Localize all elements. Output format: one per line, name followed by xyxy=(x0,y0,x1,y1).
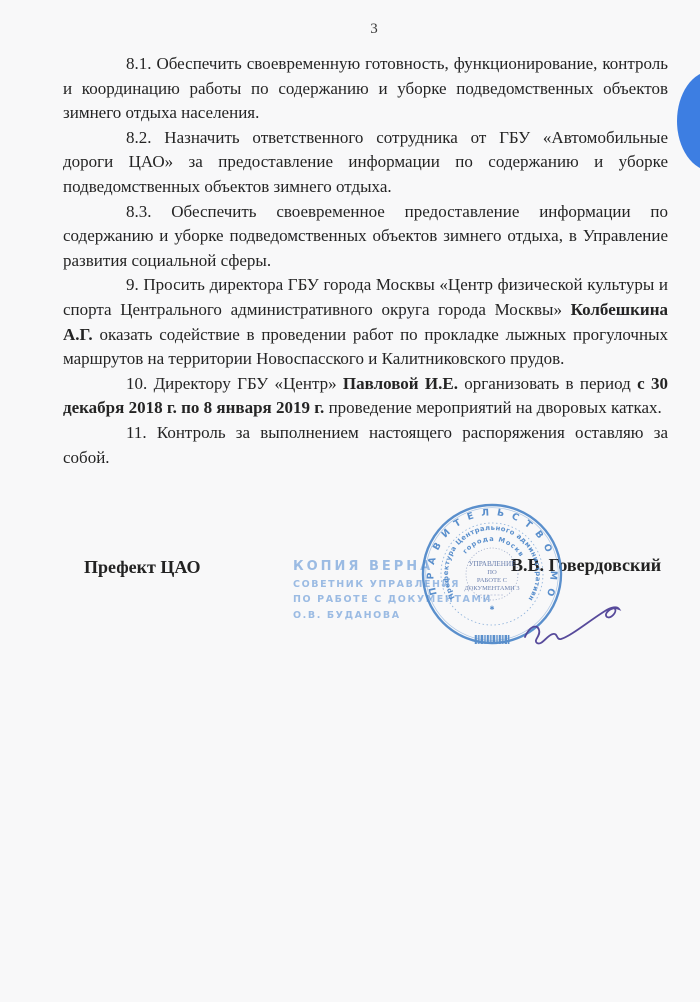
seal-center-line: УПРАВЛЕНИЕ xyxy=(468,560,516,568)
bold-run: Павловой И.Е. xyxy=(343,374,458,393)
seal-center-line: ПО xyxy=(487,569,497,576)
paragraph: 11. Контроль за выполнением настоящего р… xyxy=(63,421,668,470)
text-run: 8.1. Обеспечить своевременную готовность… xyxy=(63,54,668,122)
signature-stroke xyxy=(525,607,619,643)
seal-star: ✱ xyxy=(489,605,494,612)
blue-tab-marker xyxy=(677,71,700,171)
document-paragraphs: 8.1. Обеспечить своевременную готовность… xyxy=(63,52,668,470)
paragraph: 10. Директору ГБУ «Центр» Павловой И.Е. … xyxy=(63,372,668,421)
signature-scribble xyxy=(505,585,645,647)
paragraph: 8.2. Назначить ответственного сотрудника… xyxy=(63,126,668,200)
paragraph: 8.3. Обеспечить своевременное предоставл… xyxy=(63,200,668,274)
text-run: 8.3. Обеспечить своевременное предоставл… xyxy=(63,202,668,270)
text-run: 8.2. Назначить ответственного сотрудника… xyxy=(63,128,668,196)
text-run: организовать в период xyxy=(458,374,637,393)
document-page: { "page": { "number": "3" }, "body": { "… xyxy=(0,0,700,1002)
text-run: проведение мероприятий на дворовых катка… xyxy=(324,398,661,417)
text-run: оказать содействие в проведении работ по… xyxy=(63,325,668,369)
seal-center-line: РАБОТЕ С xyxy=(477,577,508,584)
text-run: 10. Директору ГБУ «Центр» xyxy=(126,374,343,393)
signature-title: Префект ЦАО xyxy=(84,557,200,578)
page-number: 3 xyxy=(364,21,384,38)
paragraph: 9. Просить директора ГБУ города Москвы «… xyxy=(63,273,668,371)
paragraph: 8.1. Обеспечить своевременную готовность… xyxy=(63,52,668,126)
text-run: 11. Контроль за выполнением настоящего р… xyxy=(63,423,668,467)
